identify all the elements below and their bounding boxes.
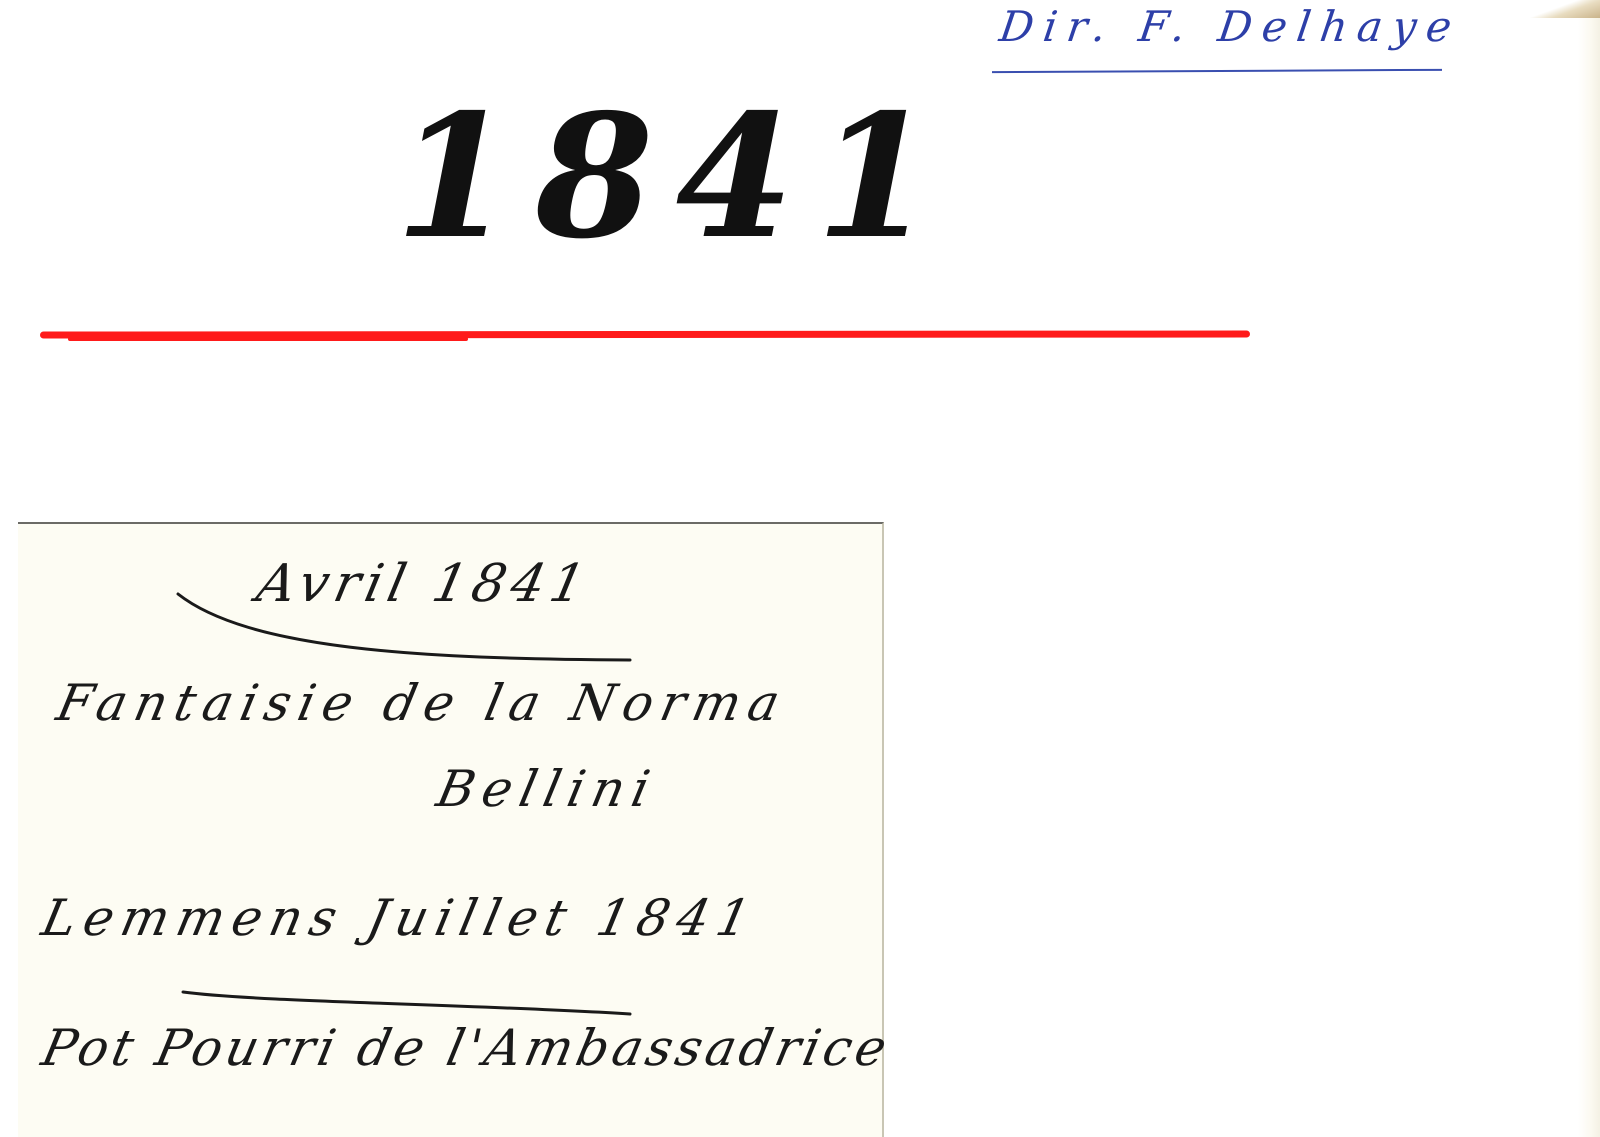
note-second-title: Pot Pourri de l'Ambassadrice	[37, 1019, 896, 1077]
note-date-july: Lemmens Juillet 1841	[37, 889, 763, 947]
attribution-signature: Dir. F. Delhaye	[997, 2, 1465, 51]
year-heading: 1841	[395, 92, 956, 262]
red-divider-secondary	[68, 337, 468, 341]
note-composer: Bellini	[432, 760, 663, 818]
handwritten-note-card: Avril 1841 Fantaisie de la Norma Bellini…	[18, 522, 884, 1137]
attribution-underline	[992, 69, 1442, 73]
note-date-april: Avril 1841	[252, 554, 597, 614]
archive-page: Dir. F. Delhaye 1841 Avril 1841 Fantaisi…	[0, 0, 1600, 1137]
page-edge	[1578, 0, 1600, 1137]
corner-fold	[1530, 0, 1600, 18]
note-title: Fantaisie de la Norma	[52, 674, 793, 732]
